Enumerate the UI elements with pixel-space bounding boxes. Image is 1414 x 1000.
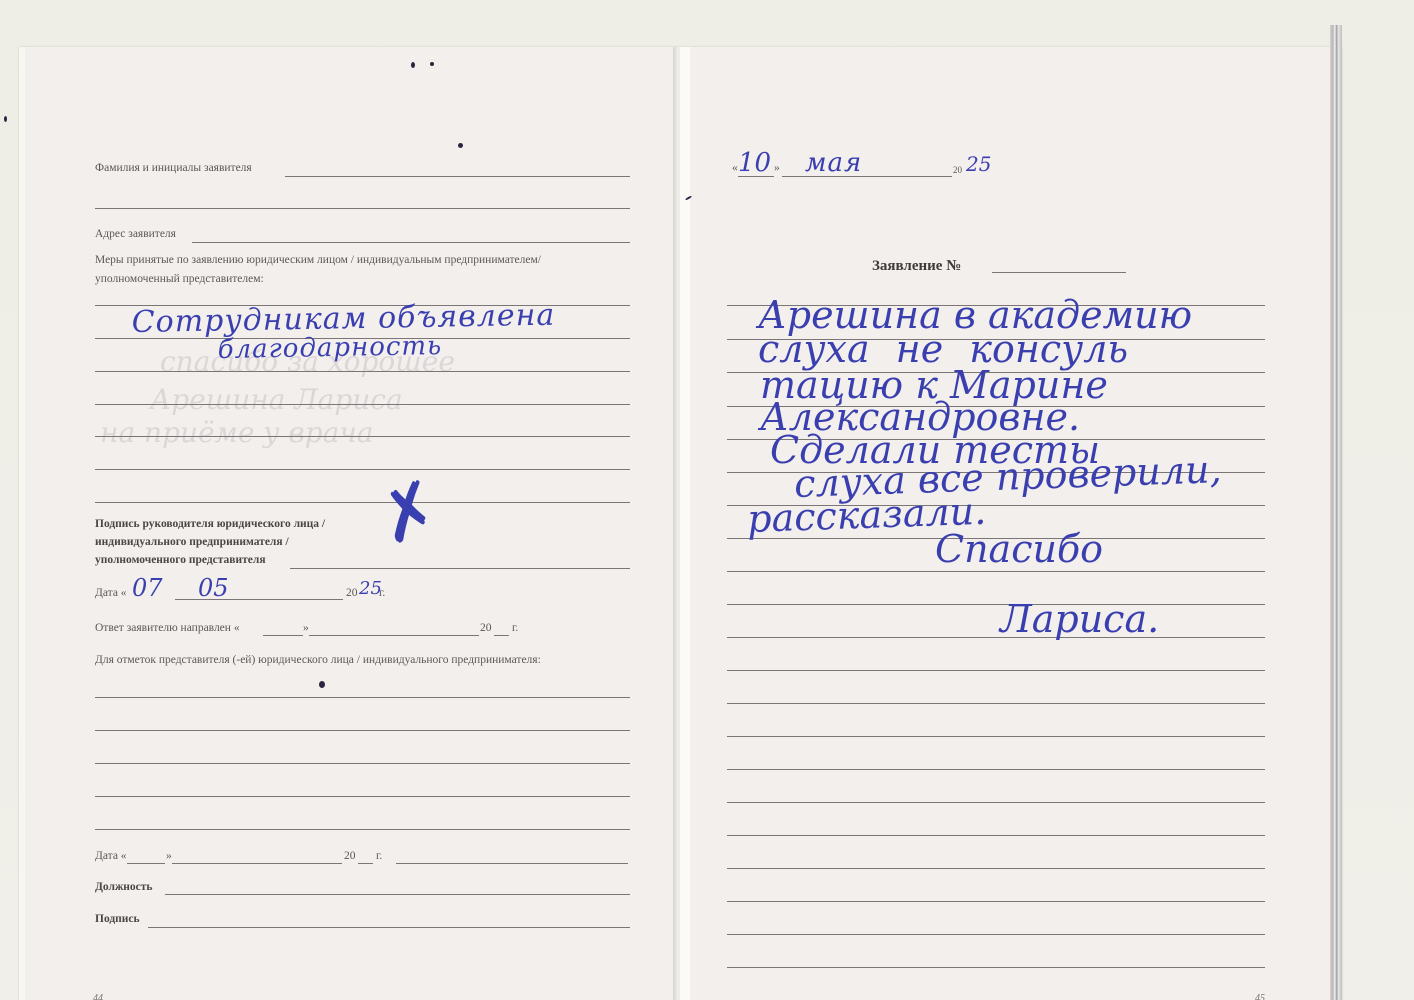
reply-day-field[interactable] [263, 635, 303, 636]
position-label: Должность [95, 881, 153, 893]
reply-year-suffix: г. [512, 622, 518, 634]
measures-line[interactable] [95, 436, 630, 437]
application-line[interactable] [727, 670, 1265, 671]
applicant-address-field[interactable] [192, 242, 630, 243]
notes-line[interactable] [95, 697, 630, 698]
ink-speck [430, 62, 434, 66]
applicant-name-field-line2[interactable] [95, 208, 630, 209]
application-line[interactable] [727, 835, 1265, 836]
application-line[interactable] [727, 604, 1265, 605]
signature-head-label-line2: индивидуального предпринимателя / [95, 536, 289, 548]
bleed-through-text: на приёме у врача [100, 416, 373, 449]
handwritten-right-date-year: 25 [966, 152, 991, 176]
application-line[interactable] [727, 571, 1265, 572]
date-label: Дата « [95, 587, 127, 599]
ink-speck [4, 116, 7, 122]
date2-year-suffix: г. [376, 850, 382, 862]
reply-sent-label: Ответ заявителю направлен « [95, 622, 240, 634]
date2-extra-field[interactable] [396, 863, 628, 864]
notes-line[interactable] [95, 763, 630, 764]
position-field[interactable] [165, 894, 630, 895]
ink-speck [411, 62, 415, 68]
measures-label-line1: Меры принятые по заявлению юридическим л… [95, 254, 541, 266]
date-open-quote: « [732, 162, 738, 174]
page-number-left: 44 [93, 993, 103, 1000]
handwritten-signature-name: Лариса. [1000, 597, 1159, 641]
date2-year-prefix: 20 [344, 850, 356, 862]
signature-head-label-line3: уполномоченного представителя [95, 554, 266, 566]
applicant-address-label: Адрес заявителя [95, 228, 176, 240]
handwritten-measures-line2: благодарность [217, 331, 442, 365]
application-line[interactable] [727, 967, 1265, 968]
measures-line[interactable] [95, 404, 630, 405]
application-line[interactable] [727, 868, 1265, 869]
application-heading: Заявление № [872, 258, 961, 275]
application-line[interactable] [727, 637, 1265, 638]
handwritten-application-line: Спасибо [935, 527, 1103, 571]
notes-line[interactable] [95, 796, 630, 797]
date-month-field[interactable] [175, 599, 343, 600]
notes-line[interactable] [95, 730, 630, 731]
date2-day-field[interactable] [127, 863, 165, 864]
date2-month-field[interactable] [172, 863, 342, 864]
notes-line[interactable] [95, 829, 630, 830]
measures-label-line2: уполномоченный представителем: [95, 273, 264, 285]
handwritten-date-day: 07 [132, 574, 163, 602]
handwritten-date-month: 05 [198, 574, 229, 602]
application-line[interactable] [727, 934, 1265, 935]
applicant-name-label: Фамилия и инициалы заявителя [95, 162, 252, 174]
application-line[interactable] [727, 736, 1265, 737]
ink-speck [319, 681, 325, 688]
handwritten-right-date-month: мая [805, 148, 862, 178]
signature-head-field[interactable] [290, 568, 630, 569]
date2-year-field[interactable] [358, 863, 373, 864]
date2-mid: » [166, 850, 172, 862]
measures-line[interactable] [95, 371, 630, 372]
signature-label: Подпись [95, 913, 140, 925]
reply-month-field[interactable] [309, 635, 479, 636]
applicant-name-field[interactable] [285, 176, 630, 177]
signature-head-label-line1: Подпись руководителя юридического лица / [95, 518, 325, 530]
application-line[interactable] [727, 769, 1265, 770]
reply-year-field[interactable] [494, 635, 509, 636]
signature-field[interactable] [148, 927, 630, 928]
ink-speck [458, 143, 463, 148]
bleed-through-text: Арешина Лариса [150, 383, 403, 416]
page-number-right: 45 [1255, 993, 1265, 1000]
notes-label: Для отметок представителя (-ей) юридичес… [95, 654, 541, 666]
application-line[interactable] [727, 901, 1265, 902]
date-year-suffix: г. [379, 587, 385, 599]
reply-year-prefix: 20 [480, 622, 492, 634]
application-line[interactable] [727, 703, 1265, 704]
page-edges [1330, 25, 1342, 1000]
reply-sent-mid: » [303, 622, 309, 634]
date-year-prefix: 20 [346, 587, 358, 599]
date-close-quote: » [774, 162, 780, 174]
handwritten-right-date-day: 10 [738, 148, 771, 178]
measures-line[interactable] [95, 469, 630, 470]
right-date-month-field[interactable] [782, 176, 952, 177]
application-line[interactable] [727, 802, 1265, 803]
date2-label: Дата « [95, 850, 127, 862]
application-number-field[interactable] [992, 272, 1126, 273]
right-date-day-field[interactable] [738, 176, 774, 177]
measures-line[interactable] [95, 502, 630, 503]
right-date-year-prefix: 20 [953, 165, 962, 175]
book-gutter [673, 47, 680, 1000]
